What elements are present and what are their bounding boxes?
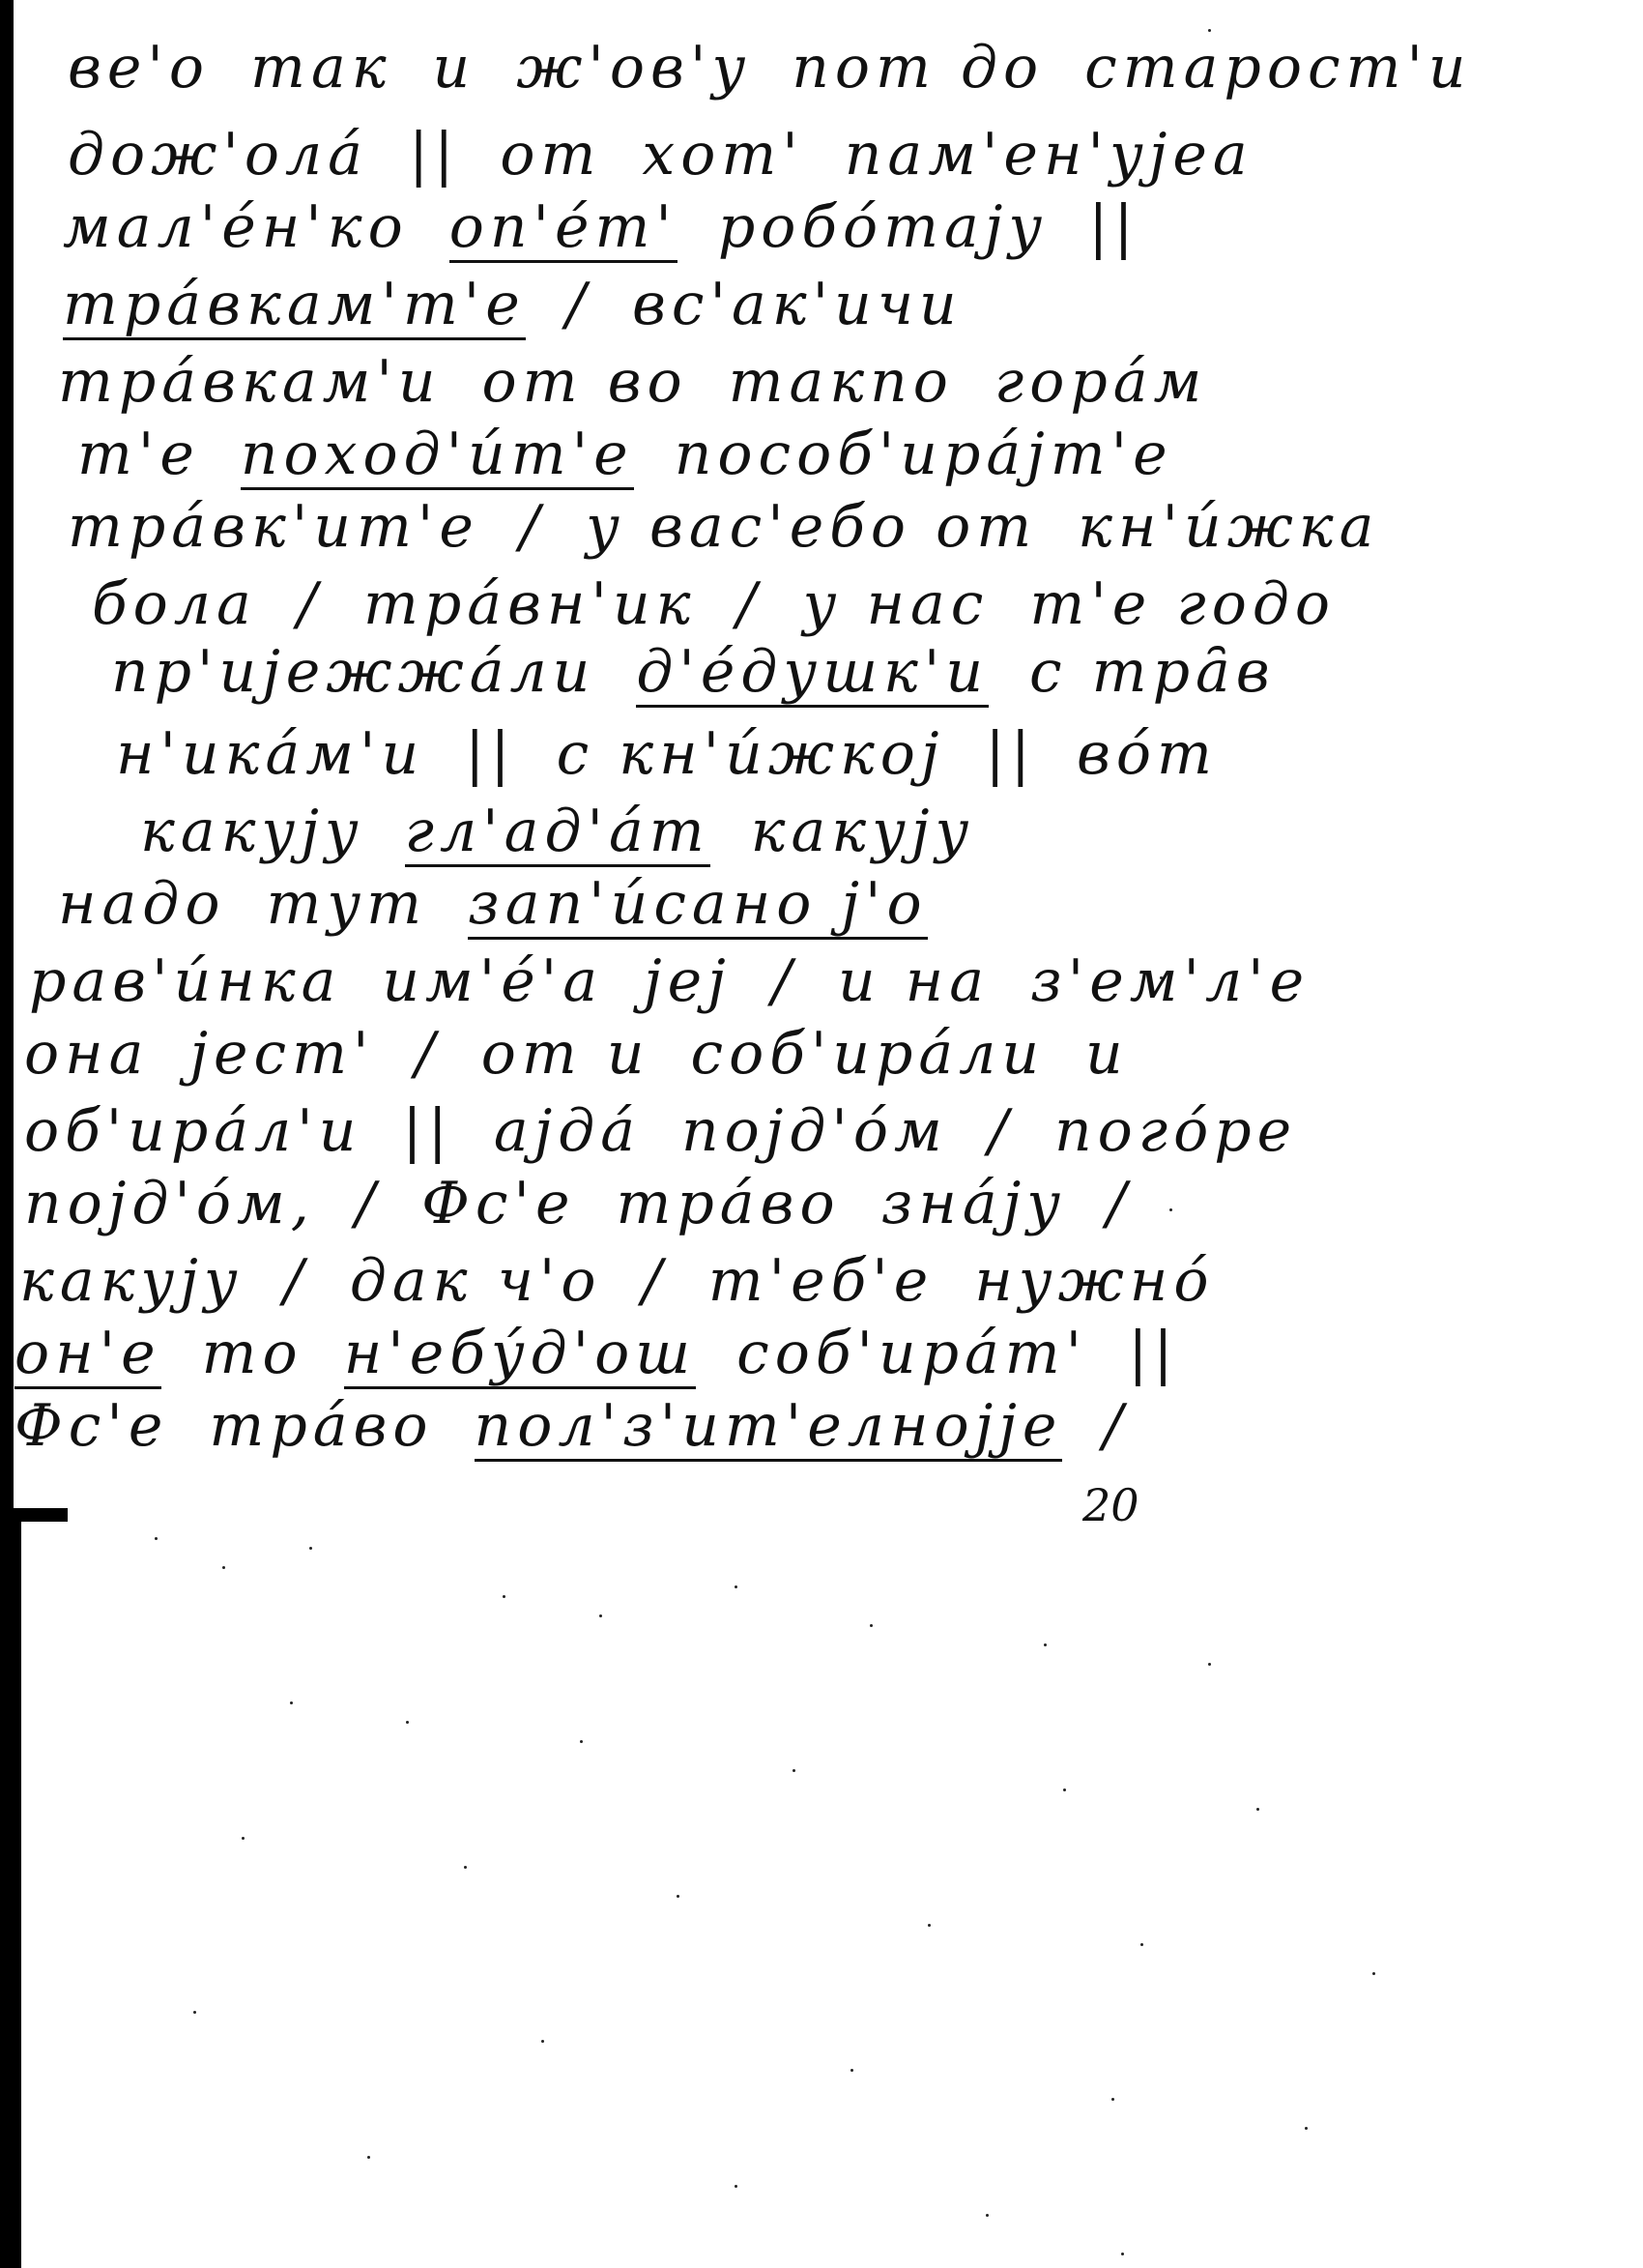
word: || bbox=[409, 126, 459, 184]
word: у нас bbox=[803, 575, 990, 633]
word: ве'о bbox=[68, 39, 210, 97]
word: || bbox=[402, 1102, 452, 1160]
word: во́т bbox=[1077, 725, 1218, 783]
word: пот до bbox=[792, 39, 1044, 97]
word: појд'о́м bbox=[681, 1102, 948, 1160]
word: јеј bbox=[644, 952, 732, 1010]
manuscript-line: тра́вк'ит'е/у вас'ебо откн'и́жка bbox=[68, 498, 1420, 556]
word: соб'ира́ли bbox=[690, 1025, 1045, 1083]
word: / bbox=[989, 1102, 1014, 1160]
scan-edge-shadow bbox=[0, 0, 14, 1518]
word: бола bbox=[92, 575, 257, 633]
manuscript-line: он'етон'ебу́д'ошсоб'ира́т'|| bbox=[14, 1324, 1220, 1389]
manuscript-page: ве'отакиж'ов'упот достарост'идож'ола́||о… bbox=[0, 0, 1643, 2268]
word: тра́во bbox=[209, 1397, 433, 1455]
manuscript-line: н'ика́м'и||с кн'и́жкој||во́т bbox=[116, 725, 1258, 783]
word: || bbox=[1088, 198, 1139, 256]
word: т'е годо bbox=[1029, 575, 1336, 633]
scan-speck bbox=[155, 1537, 158, 1540]
scan-speck bbox=[1372, 1972, 1375, 1975]
word: с тра̑в bbox=[1029, 643, 1276, 701]
scan-speck bbox=[503, 1595, 505, 1598]
scan-speck bbox=[193, 2011, 196, 2014]
underlined-word: н'ебу́д'ош bbox=[344, 1324, 696, 1389]
underlined-word: тра́вкам'т'е bbox=[63, 276, 526, 340]
word: појд'о́м, bbox=[24, 1175, 315, 1233]
word: Фс'е bbox=[14, 1397, 168, 1455]
word: тра́вкам'и bbox=[58, 353, 441, 411]
word: от и bbox=[481, 1025, 650, 1083]
scan-speck bbox=[1121, 2253, 1124, 2255]
word: гора́м bbox=[994, 353, 1207, 411]
scan-speck bbox=[599, 1614, 602, 1617]
word: вс'ак'ичи bbox=[632, 276, 963, 334]
word: пр'ијежжа́ли bbox=[111, 643, 595, 701]
scan-speck bbox=[1044, 1643, 1047, 1646]
scan-speck bbox=[870, 1624, 873, 1627]
word: / bbox=[356, 1175, 381, 1233]
scan-speck bbox=[1169, 1208, 1172, 1211]
manuscript-line: дож'ола́||отхот'пам'ен'ујеа bbox=[68, 126, 1294, 184]
word: старост'и bbox=[1084, 39, 1471, 97]
word: кн'и́жка bbox=[1078, 498, 1379, 556]
manuscript-line: т'епоход'и́т'епособ'ира́јт'е bbox=[77, 425, 1214, 490]
scan-speck bbox=[309, 1547, 312, 1550]
word: / bbox=[772, 952, 797, 1010]
manuscript-line: онајест'/от исоб'ира́лии bbox=[24, 1025, 1169, 1083]
word: рав'и́нка bbox=[29, 952, 341, 1010]
scan-speck bbox=[580, 1740, 583, 1743]
scan-speck bbox=[242, 1837, 245, 1840]
word: дож'ола́ bbox=[68, 126, 368, 184]
word: ж'ов'у bbox=[516, 39, 751, 97]
word: нужно́ bbox=[974, 1252, 1214, 1310]
word: з'ем'л'е bbox=[1030, 952, 1310, 1010]
word: пам'ен'ујеа bbox=[845, 126, 1254, 184]
word: тут bbox=[266, 875, 427, 933]
underlined-word: гл'ад'а́т bbox=[405, 802, 710, 867]
underlined-word: пол'з'ит'елнојје bbox=[475, 1397, 1063, 1462]
scan-speck bbox=[986, 2214, 989, 2217]
scan-speck bbox=[367, 2156, 370, 2159]
word: / bbox=[1107, 1175, 1132, 1233]
manuscript-line: појд'о́м,/Фс'етра́возна́ју/ bbox=[24, 1175, 1172, 1233]
word: надо bbox=[58, 875, 225, 933]
word: об'ира́л'и bbox=[24, 1102, 361, 1160]
scan-speck bbox=[735, 1585, 737, 1588]
underlined-word: поход'и́т'е bbox=[241, 425, 634, 490]
scan-speck bbox=[928, 1924, 931, 1927]
scan-speck bbox=[677, 1895, 679, 1898]
word: и на bbox=[838, 952, 990, 1010]
manuscript-line: бола/тра́вн'ик/у наст'е годо bbox=[92, 575, 1376, 633]
scan-speck bbox=[1063, 1788, 1066, 1791]
scan-edge-shadow-lower bbox=[0, 1513, 21, 2268]
word: какују bbox=[19, 1252, 244, 1310]
manuscript-line: какујугл'ад'а́ткакују bbox=[140, 802, 1015, 867]
word: робо́тају bbox=[718, 198, 1048, 256]
word: от во bbox=[481, 353, 687, 411]
manuscript-line: Фс'етра́вопол'з'ит'елнојје/ bbox=[14, 1397, 1169, 1462]
underlined-word: он'е bbox=[14, 1324, 161, 1389]
scan-speck bbox=[1256, 1808, 1259, 1811]
word: || bbox=[1128, 1324, 1178, 1382]
manuscript-line: мал'е́н'кооп'е́т'робо́тају|| bbox=[63, 198, 1180, 263]
word: / bbox=[284, 1252, 309, 1310]
scan-speck bbox=[793, 1769, 795, 1772]
word: с кн'и́жкој bbox=[557, 725, 945, 783]
manuscript-line: тра́вкам'иот вотакпогора́м bbox=[58, 353, 1248, 411]
manuscript-line: пр'ијежжа́лид'е́душк'ис тра̑в bbox=[111, 643, 1316, 708]
word: т'е bbox=[77, 425, 200, 483]
word: мал'е́н'ко bbox=[63, 198, 409, 256]
word: дак ч'о bbox=[350, 1252, 602, 1310]
scan-speck bbox=[735, 2185, 737, 2188]
scan-speck bbox=[1140, 1943, 1143, 1946]
scan-speck bbox=[541, 2040, 544, 2043]
word: и bbox=[433, 39, 476, 97]
scan-speck bbox=[290, 1701, 293, 1704]
word: такпо bbox=[729, 353, 954, 411]
word: зна́ју bbox=[881, 1175, 1066, 1233]
scan-speck bbox=[406, 1721, 409, 1724]
word: јест' bbox=[189, 1025, 374, 1083]
word: тра́вк'ит'е bbox=[68, 498, 479, 556]
manuscript-line: рав'и́нкаим'е́'ајеј/и наз'ем'л'е bbox=[29, 952, 1350, 1010]
word: пого́ре bbox=[1054, 1102, 1297, 1160]
word: соб'ира́т' bbox=[736, 1324, 1087, 1382]
word: тра́во bbox=[616, 1175, 840, 1233]
word: / bbox=[1103, 1397, 1128, 1455]
word: какују bbox=[140, 802, 364, 860]
word: н'ика́м'и bbox=[116, 725, 424, 783]
word: т'еб'е bbox=[708, 1252, 935, 1310]
manuscript-line: какују/дак ч'о/т'еб'енужно́ bbox=[19, 1252, 1254, 1310]
word: / bbox=[736, 575, 762, 633]
word: она bbox=[24, 1025, 149, 1083]
word: и bbox=[1085, 1025, 1129, 1083]
word: ајда́ bbox=[494, 1102, 641, 1160]
scan-speck bbox=[1111, 2098, 1114, 2101]
word: так bbox=[250, 39, 392, 97]
scan-speck bbox=[850, 2069, 853, 2072]
scan-speck bbox=[222, 1566, 225, 1569]
underlined-word: оп'е́т' bbox=[449, 198, 677, 263]
manuscript-line: тра́вкам'т'е/вс'ак'ичи bbox=[63, 276, 1003, 340]
word: тра́вн'ик bbox=[363, 575, 696, 633]
word: / bbox=[298, 575, 323, 633]
scan-speck bbox=[1208, 1663, 1211, 1666]
scan-speck bbox=[1208, 29, 1211, 32]
manuscript-line: ве'отакиж'ов'упот достарост'и bbox=[68, 39, 1513, 97]
word: / bbox=[520, 498, 545, 556]
word: то bbox=[202, 1324, 303, 1382]
word: || bbox=[465, 725, 515, 783]
word: хот' bbox=[642, 126, 803, 184]
word: им'е́'а bbox=[382, 952, 603, 1010]
underlined-word: д'е́душк'и bbox=[636, 643, 989, 708]
scan-speck bbox=[1160, 976, 1163, 979]
underlined-word: зап'и́сано ј'о bbox=[468, 875, 928, 940]
word: какују bbox=[751, 802, 975, 860]
word: у вас'ебо от bbox=[586, 498, 1037, 556]
word: пособ'ира́јт'е bbox=[675, 425, 1173, 483]
word: от bbox=[500, 126, 601, 184]
word: / bbox=[643, 1252, 668, 1310]
manuscript-line: надотутзап'и́сано ј'о bbox=[58, 875, 968, 940]
word: Фс'е bbox=[421, 1175, 575, 1233]
word: / bbox=[416, 1025, 441, 1083]
word: / bbox=[566, 276, 591, 334]
word: || bbox=[986, 725, 1036, 783]
scan-speck bbox=[1305, 2127, 1308, 2130]
scan-speck bbox=[464, 1866, 467, 1869]
manuscript-line: об'ира́л'и||ајда́појд'о́м/пого́ре bbox=[24, 1102, 1338, 1160]
page-number: 20 bbox=[1082, 1479, 1139, 1531]
